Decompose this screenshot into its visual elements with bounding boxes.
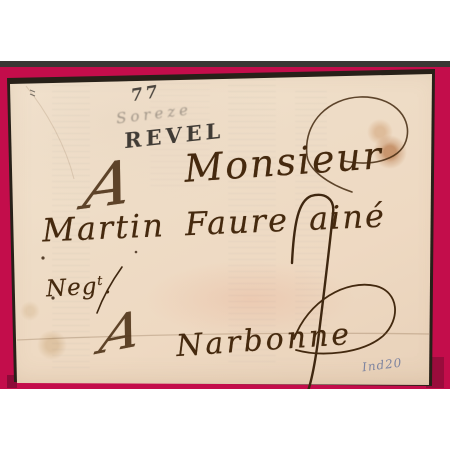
address-line-negociant: Negt. <box>45 274 112 301</box>
product-photo-page: 77 Soreze REVEL A Monsieur Martin Faure … <box>0 0 450 450</box>
cover-photo: 77 Soreze REVEL A Monsieur Martin Faure … <box>0 61 450 389</box>
photo-top-edge-shadow <box>0 61 450 67</box>
postmark-department-number: 77 <box>130 84 162 105</box>
negt-period: . <box>103 273 113 299</box>
negt-word: Neg <box>45 274 98 303</box>
